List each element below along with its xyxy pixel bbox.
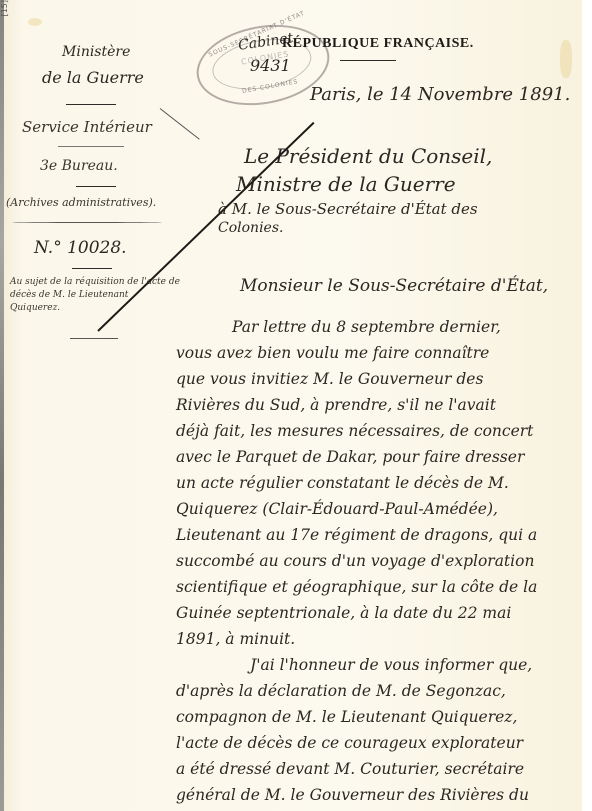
divider	[70, 338, 118, 339]
subject-note: Au sujet de la réquisition de l'acte de …	[10, 276, 180, 315]
divider	[58, 146, 124, 147]
republic-heading: RÉPUBLIQUE FRANÇAISE.	[282, 36, 474, 52]
body-line: que vous invitiez M. le Gouverneur des	[176, 370, 483, 388]
divider	[340, 60, 396, 61]
body-line: Lieutenant au 17e régiment de dragons, q…	[176, 526, 537, 544]
body-line: succombé au cours d'un voyage d'explorat…	[176, 552, 534, 570]
pen-stroke	[160, 108, 200, 140]
service-label: Service Intérieur	[22, 118, 152, 136]
ministry-label: Ministère	[62, 44, 130, 60]
body-line: compagnon de M. le Lieutenant Quiquerez,	[176, 708, 517, 726]
page-number: [15]	[0, 0, 9, 16]
stamp-registry-number: 9431	[250, 56, 291, 75]
paper-stain	[560, 40, 572, 78]
body-line: a été dressé devant M. Couturier, secrét…	[176, 760, 524, 778]
recipient-line: à M. le Sous-Secrétaire d'État des	[218, 200, 478, 218]
body-line: déjà fait, les mesures nécessaires, de c…	[176, 422, 533, 440]
body-line: Quiquerez (Clair-Édouard-Paul-Amédée),	[176, 500, 498, 518]
body-line: Par lettre du 8 septembre dernier,	[232, 318, 501, 336]
body-line: vous avez bien voulu me faire connaître	[176, 344, 489, 362]
ministry-name: de la Guerre	[42, 68, 144, 87]
sender-title: Le Président du Conseil,	[244, 144, 492, 168]
body-line: un acte régulier constatant le décès de …	[176, 474, 509, 492]
body-line: avec le Parquet de Dakar, pour faire dre…	[176, 448, 524, 466]
flourish	[12, 222, 162, 223]
archives-label: (Archives administratives).	[6, 196, 156, 209]
body-line: général de M. le Gouverneur des Rivières…	[176, 786, 529, 804]
scan-edge	[582, 0, 592, 811]
body-line: Guinée septentrionale, à la date du 22 m…	[176, 604, 511, 622]
body-line: d'après la déclaration de M. de Segonzac…	[176, 682, 506, 700]
binding-edge	[0, 0, 4, 811]
divider	[76, 186, 116, 187]
bureau-label: 3e Bureau.	[40, 158, 118, 174]
body-line: l'acte de décès de ce courageux explorat…	[176, 734, 523, 752]
letter-date: Paris, le 14 Novembre 1891.	[310, 84, 570, 105]
document-number: N.° 10028.	[34, 238, 127, 258]
body-line: scientifique et géographique, sur la côt…	[176, 578, 537, 596]
divider	[72, 268, 112, 269]
sender-ministry: Ministre de la Guerre	[236, 172, 456, 196]
divider	[66, 104, 116, 105]
body-line: J'ai l'honneur de vous informer que,	[250, 656, 532, 674]
recipient-line: Colonies.	[218, 220, 283, 236]
salutation: Monsieur le Sous-Secrétaire d'État,	[240, 276, 548, 296]
paper-stain	[28, 18, 42, 26]
body-line: Rivières du Sud, à prendre, s'il ne l'av…	[176, 396, 496, 414]
body-line: 1891, à minuit.	[176, 630, 295, 648]
document-page: Ministère de la Guerre Service Intérieur…	[0, 0, 582, 811]
